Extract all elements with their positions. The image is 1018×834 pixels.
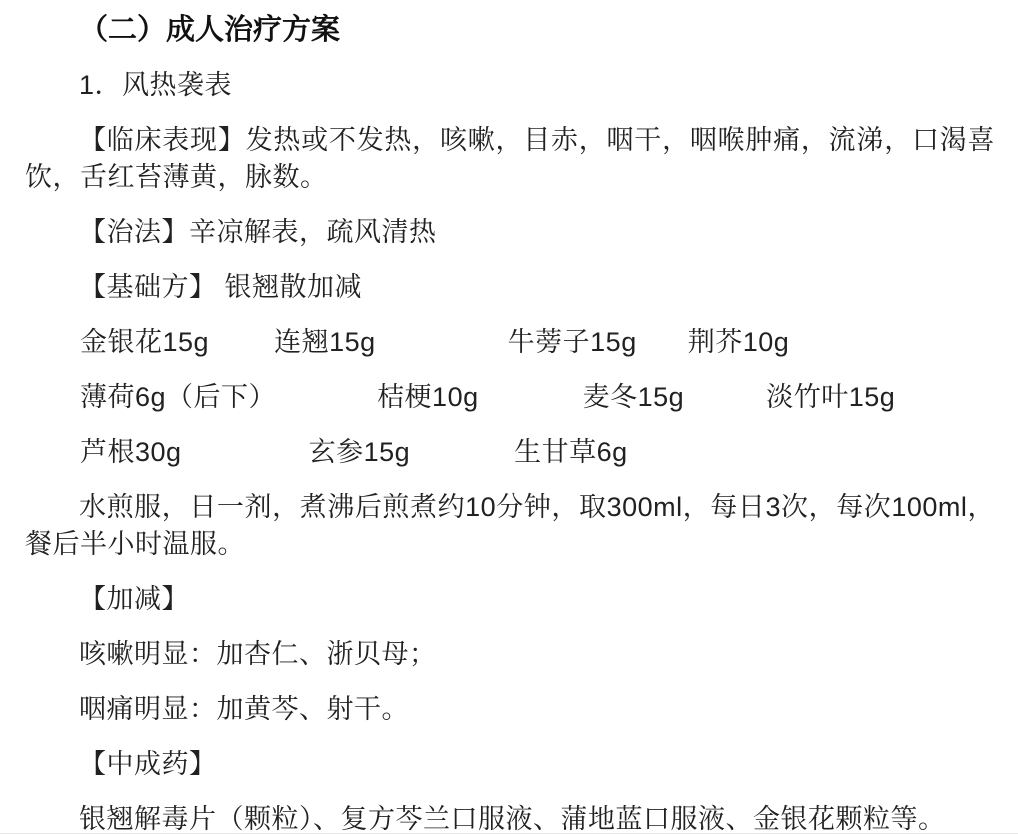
modifications-header: 【加减】 [25,581,995,618]
herb-item: 淡竹叶15g [766,379,895,416]
clinical-manifestations-paragraph: 【临床表现】发热或不发热，咳嗽，目赤，咽干，咽喉肿痛，流涕，口渴喜饮，舌红苔薄黄… [25,122,995,196]
herb-item: 金银花15g [80,324,209,361]
modification-item-sore-throat: 咽痛明显：加黄芩、射干。 [25,691,995,728]
herb-item: 芦根30g [80,434,182,471]
herb-row-3: 芦根30g 玄参15g 生甘草6g [25,434,995,471]
decoction-instructions-paragraph: 水煎服，日一剂，煮沸后煎煮约10分钟，取300ml，每日3次，每次100ml，餐… [25,489,995,563]
herb-row-1: 金银花15g 连翘15g 牛蒡子15g 荆芥10g [25,324,995,361]
patent-medicine-paragraph: 银翘解毒片（颗粒）、复方芩兰口服液、蒲地蓝口服液、金银花颗粒等。 [25,801,995,834]
herb-item: 麦冬15g [583,379,685,416]
herb-item: 牛蒡子15g [508,324,637,361]
herb-item: 荆芥10g [688,324,790,361]
section-title: （二）成人治疗方案 [25,12,995,49]
herb-item: 桔梗10g [377,379,479,416]
modification-item-cough: 咳嗽明显：加杏仁、浙贝母； [25,636,995,673]
herb-item: 生甘草6g [514,434,628,471]
patent-medicine-header: 【中成药】 [25,746,995,783]
herb-row-2: 薄荷6g（后下） 桔梗10g 麦冬15g 淡竹叶15g [25,379,995,416]
herb-item: 玄参15g [309,434,411,471]
treatment-method-paragraph: 【治法】辛凉解表，疏风清热 [25,214,995,251]
base-formula-paragraph: 【基础方】 银翘散加减 [25,269,995,306]
subsection-title: 1．风热袭表 [25,67,995,104]
document-page: （二）成人治疗方案 1．风热袭表 【临床表现】发热或不发热，咳嗽，目赤，咽干，咽… [0,0,1018,833]
herb-item: 薄荷6g（后下） [80,379,276,416]
herb-item: 连翘15g [274,324,376,361]
